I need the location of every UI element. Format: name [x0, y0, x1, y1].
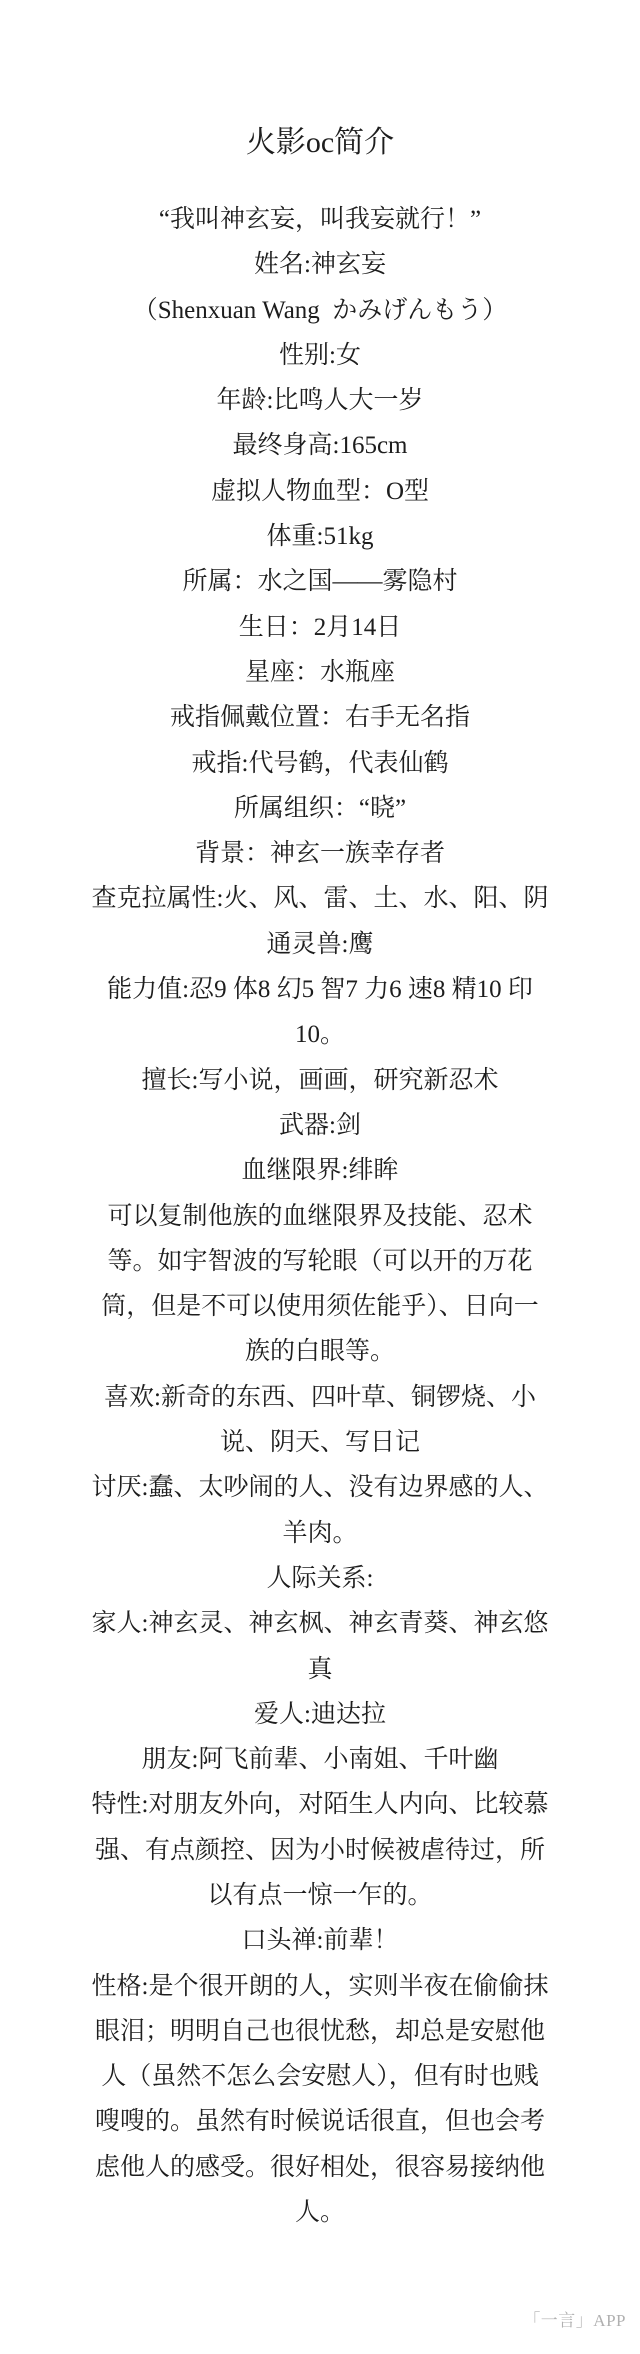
- text-line: 所属组织：“晓”: [0, 786, 640, 831]
- text-line: 族的白眼等。: [0, 1329, 640, 1374]
- text-line: “我叫神玄妄，叫我妄就行！”: [0, 197, 640, 242]
- text-line: 可以复制他族的血继限界及技能、忍术: [0, 1194, 640, 1239]
- text-line: 性别:女: [0, 333, 640, 378]
- text-line: 年龄:比鸣人大一岁: [0, 378, 640, 423]
- text-line: 戒指佩戴位置：右手无名指: [0, 695, 640, 740]
- text-line: 虚拟人物血型：O型: [0, 469, 640, 514]
- text-line: 体重:51kg: [0, 514, 640, 559]
- text-line: 姓名:神玄妄: [0, 242, 640, 287]
- text-line: 筒，但是不可以使用须佐能乎）、日向一: [0, 1284, 640, 1329]
- text-line: 人（虽然不怎么会安慰人），但有时也贱: [0, 2054, 640, 2099]
- text-line: 以有点一惊一乍的。: [0, 1873, 640, 1918]
- text-line: 擅长:写小说，画画，研究新忍术: [0, 1058, 640, 1103]
- text-line: 戒指:代号鹤，代表仙鹤: [0, 741, 640, 786]
- text-line: 10。: [0, 1012, 640, 1057]
- text-line: 羊肉。: [0, 1511, 640, 1556]
- text-line: 家人:神玄灵、神玄枫、神玄青葵、神玄悠: [0, 1601, 640, 1646]
- text-card-page: 火影oc简介 “我叫神玄妄，叫我妄就行！”姓名:神玄妄（Shenxuan Wan…: [0, 0, 640, 2354]
- text-line: 等。如宇智波的写轮眼（可以开的万花: [0, 1239, 640, 1284]
- text-line: 朋友:阿飞前辈、小南姐、千叶幽: [0, 1737, 640, 1782]
- text-line: 生日：2月14日: [0, 605, 640, 650]
- text-line: 血继限界:绯眸: [0, 1148, 640, 1193]
- page-title: 火影oc简介: [0, 120, 640, 166]
- text-line: 最终身高:165cm: [0, 423, 640, 468]
- text-line: （Shenxuan Wang かみげんもう）: [0, 288, 640, 333]
- text-line: 特性:对朋友外向，对陌生人内向、比较慕: [0, 1782, 640, 1827]
- text-line: 喜欢:新奇的东西、四叶草、铜锣烧、小: [0, 1375, 640, 1420]
- character-profile: 火影oc简介 “我叫神玄妄，叫我妄就行！”姓名:神玄妄（Shenxuan Wan…: [0, 0, 640, 2235]
- text-line: 查克拉属性:火、风、雷、土、水、阳、阴: [0, 876, 640, 921]
- text-line: 眼泪；明明自己也很忧愁，却总是安慰他: [0, 2009, 640, 2054]
- text-line: 人。: [0, 2190, 640, 2235]
- text-line: 星座：水瓶座: [0, 650, 640, 695]
- text-line: 口头禅:前辈！: [0, 1918, 640, 1963]
- text-line: 虑他人的感受。很好相处，很容易接纳他: [0, 2145, 640, 2190]
- text-line: 爱人:迪达拉: [0, 1692, 640, 1737]
- text-line: 所属：水之国——雾隐村: [0, 559, 640, 604]
- text-line: 强、有点颜控、因为小时候被虐待过，所: [0, 1828, 640, 1873]
- text-line: 能力值:忍9 体8 幻5 智7 力6 速8 精10 印: [0, 967, 640, 1012]
- character-profile-text: “我叫神玄妄，叫我妄就行！”姓名:神玄妄（Shenxuan Wang かみげんも…: [0, 197, 640, 2235]
- text-line: 背景：神玄一族幸存者: [0, 831, 640, 876]
- app-watermark: 「一言」APP: [523, 2310, 626, 2332]
- text-line: 武器:剑: [0, 1103, 640, 1148]
- text-line: 通灵兽:鹰: [0, 922, 640, 967]
- text-line: 性格:是个很开朗的人，实则半夜在偷偷抹: [0, 1964, 640, 2009]
- text-line: 嗖嗖的。虽然有时候说话很直，但也会考: [0, 2099, 640, 2144]
- text-line: 讨厌:蠢、太吵闹的人、没有边界感的人、: [0, 1465, 640, 1510]
- text-line: 真: [0, 1647, 640, 1692]
- text-line: 说、阴天、写日记: [0, 1420, 640, 1465]
- text-line: 人际关系:: [0, 1556, 640, 1601]
